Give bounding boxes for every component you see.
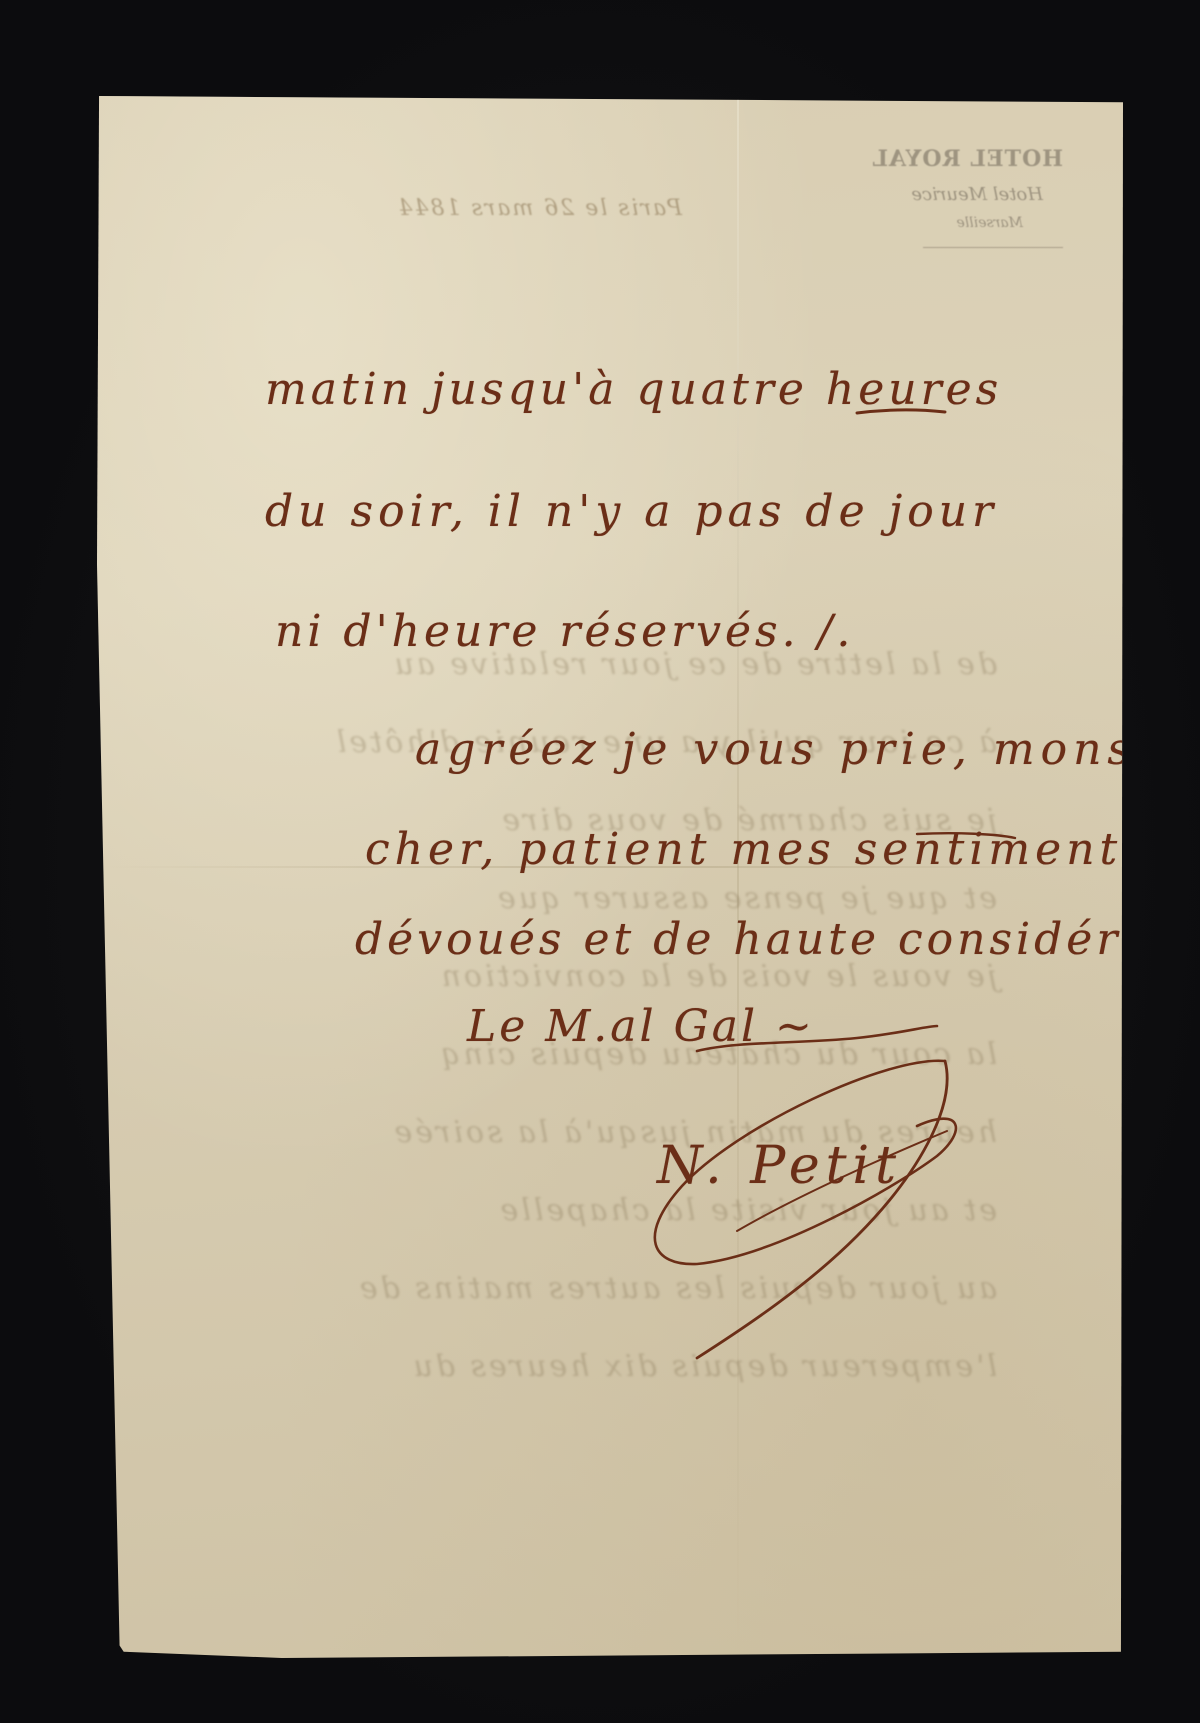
showthrough-line: l'empereur depuis dix heures du	[137, 1328, 997, 1406]
letter-sheet: HOTEL ROYAL Hotel Meurice Marseille Pari…	[97, 96, 1123, 1658]
body-line-1: matin jusqu'à quatre heures	[265, 364, 1002, 415]
body-line-5: cher, patient mes sentiments	[365, 824, 1150, 875]
letterhead-subtitle: Hotel Meurice	[763, 184, 1063, 205]
letterhead-title: HOTEL ROYAL	[763, 146, 1063, 172]
letterhead-subtitle-2: Marseille	[763, 215, 1063, 231]
dateline-showthrough: Paris le 26 mars 1844	[182, 196, 682, 221]
letterhead-showthrough: HOTEL ROYAL Hotel Meurice Marseille	[763, 146, 1063, 248]
body-line-4: agréez je vous prie, monsieur	[415, 724, 1200, 775]
body-line-6: dévoués et de haute considération	[355, 914, 1200, 965]
signature-name: N. Petit	[657, 1136, 902, 1196]
body-line-3: ni d'heure réservés. /.	[275, 606, 854, 657]
body-line-2: du soir, il n'y a pas de jour	[265, 486, 998, 537]
showthrough-line: au jour depuis les autres matins de	[137, 1250, 997, 1328]
letterhead-rule	[923, 247, 1063, 248]
closing-rank: Le M.al Gal ~	[467, 1001, 815, 1052]
